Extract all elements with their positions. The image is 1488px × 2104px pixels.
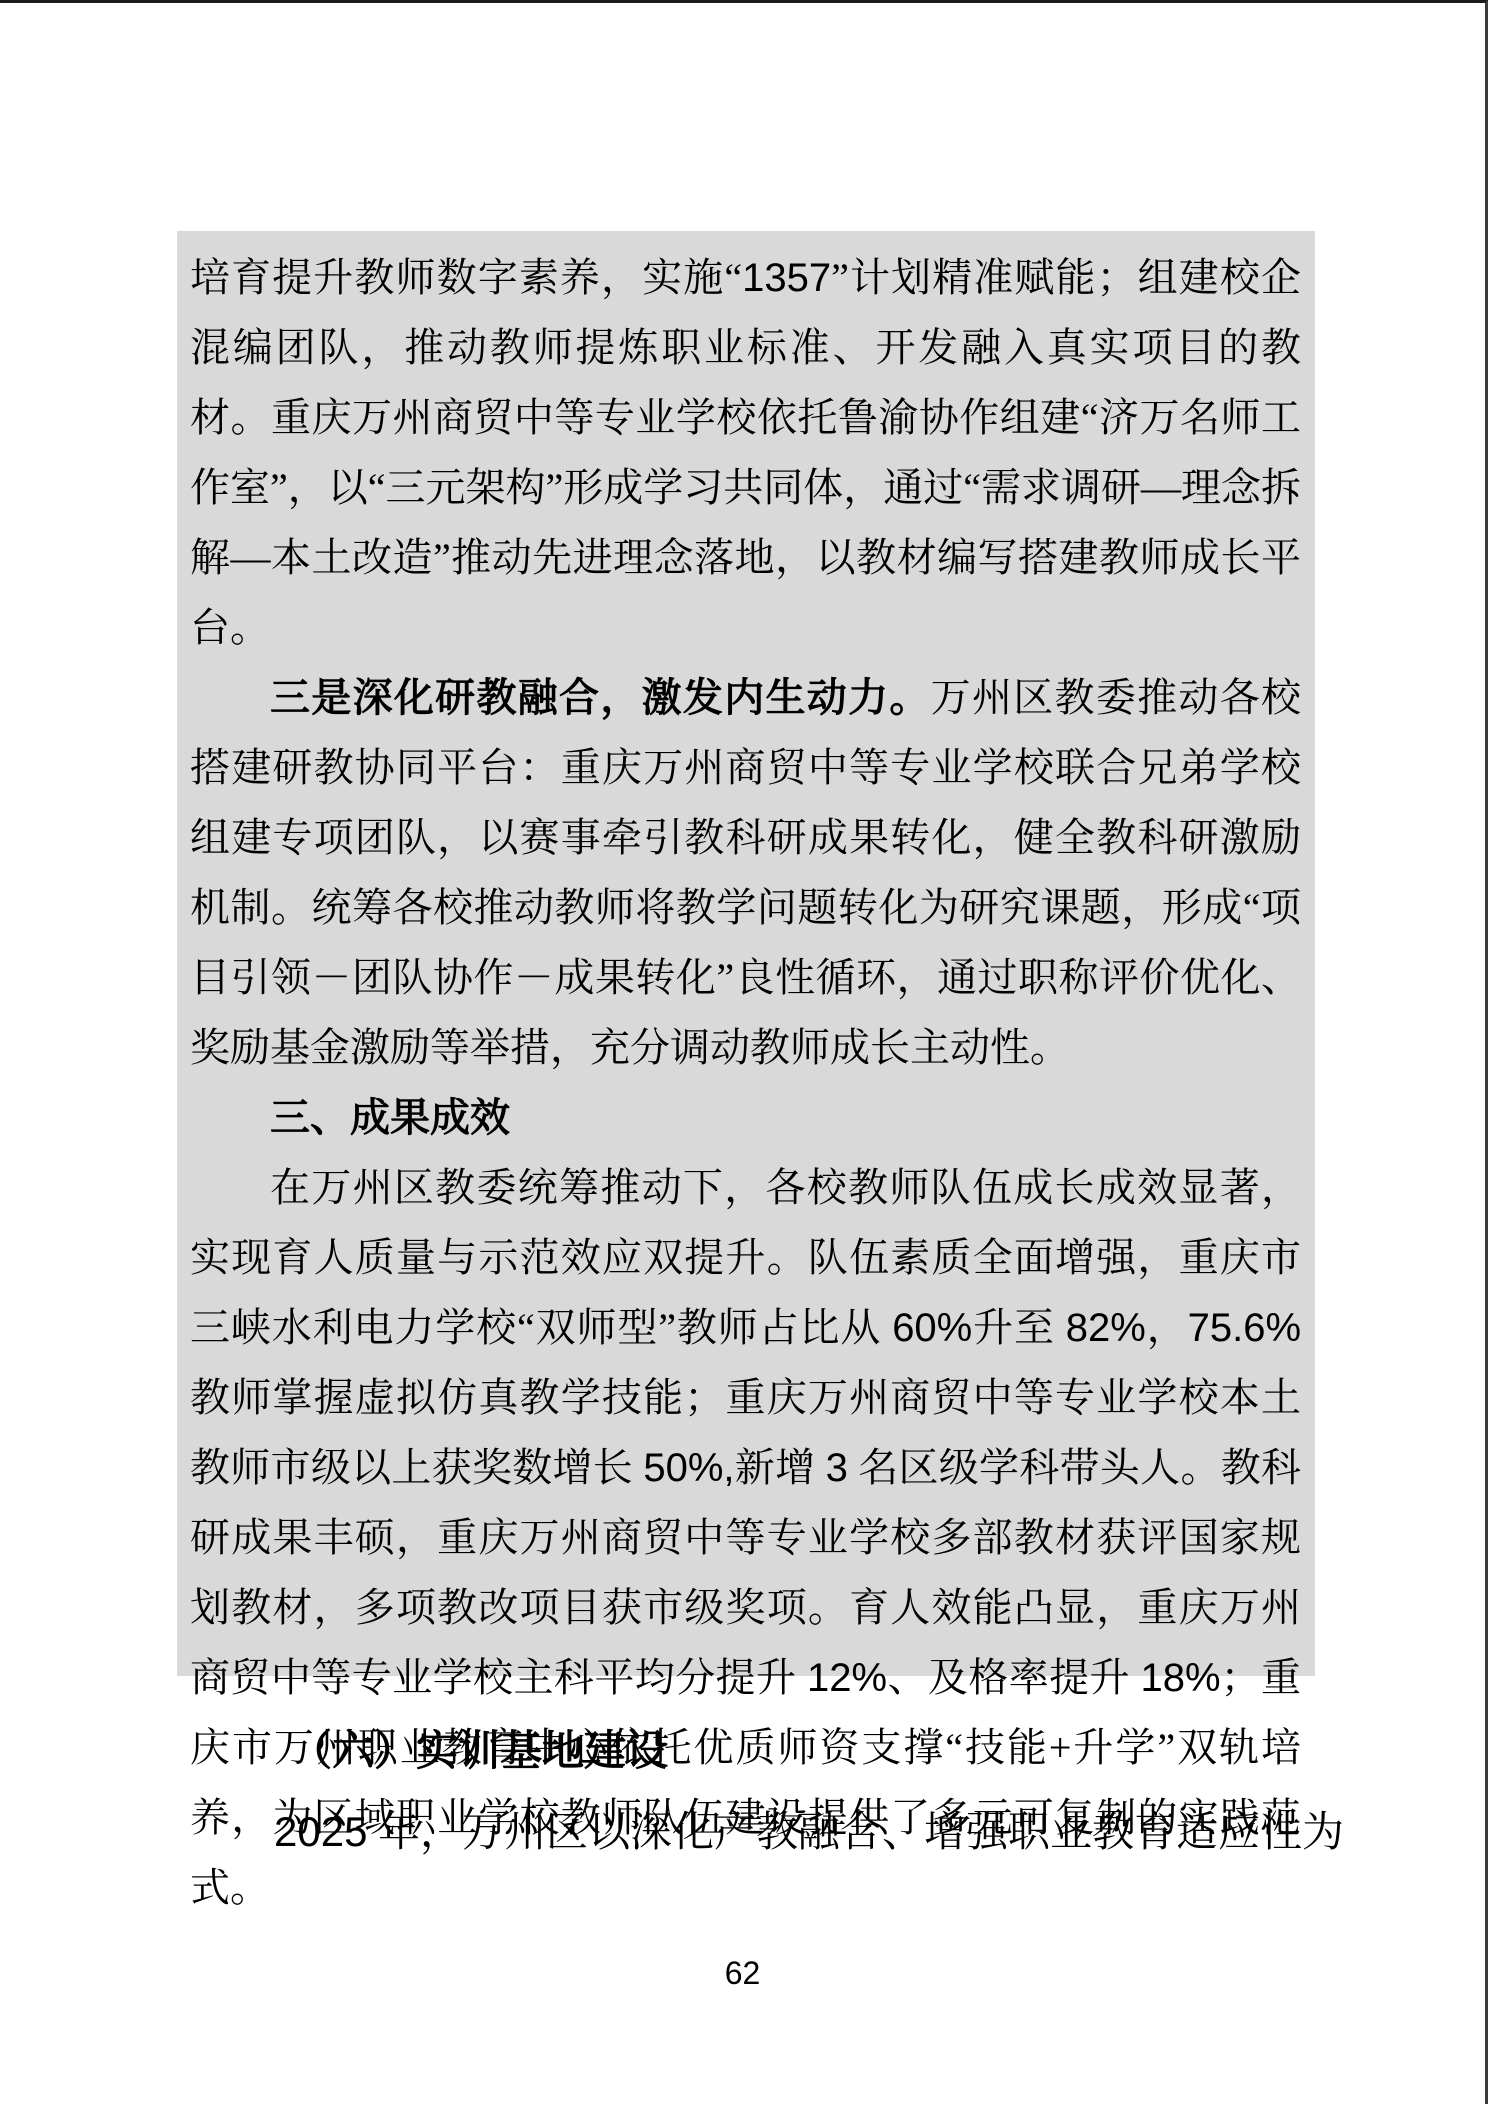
heading-results: 三、成果成效: [190, 1083, 1301, 1153]
paragraph-research-teaching-integration: 三是深化研教融合，激发内生动力。万州区教委推动各校搭建研教协同平台：重庆万州商贸…: [190, 663, 1301, 1083]
highlighted-text-block: 培育提升教师数字素养，实施“1357”计划精准赋能；组建校企混编团队，推动教师提…: [177, 231, 1315, 1676]
heading-training-base-construction: （六）实训基地建设: [290, 1725, 668, 1779]
paragraph-teacher-training-continuation: 培育提升教师数字素养，实施“1357”计划精准赋能；组建校企混编团队，推动教师提…: [190, 243, 1301, 663]
paragraph-2025-opening: 2025 年，万州区以深化产教融合、增强职业教育适应性为: [190, 1801, 1344, 1864]
document-page: 培育提升教师数字素养，实施“1357”计划精准赋能；组建校企混编团队，推动教师提…: [0, 0, 1488, 2104]
page-number: 62: [0, 1953, 1485, 1993]
